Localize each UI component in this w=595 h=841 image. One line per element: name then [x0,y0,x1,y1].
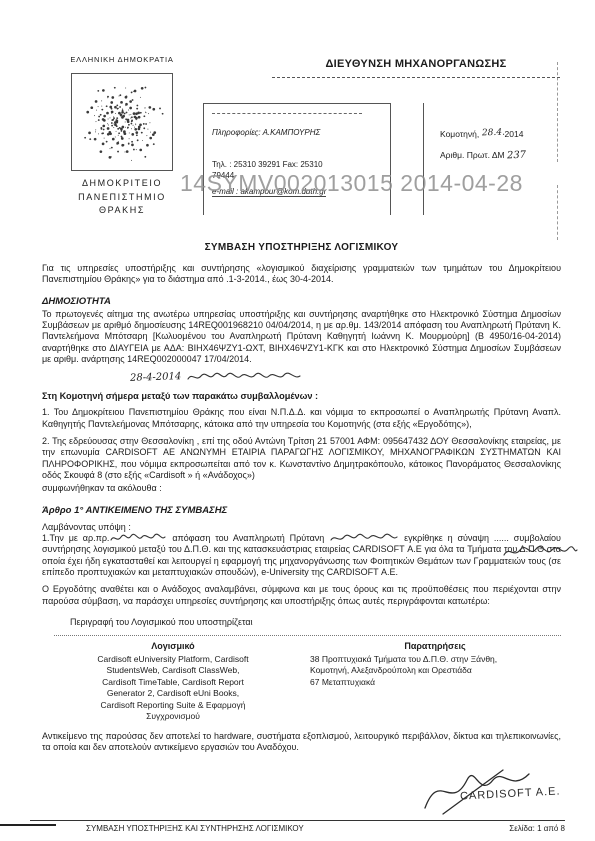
document-header: ΕΛΛΗΝΙΚΗ ΔΗΜΟΚΡΑΤΙΑ ΔΗΜΟΚΡΙΤΕΙΟ ΠΑΝΕΠΙΣΤ… [0,0,595,232]
divider-dashed [212,113,362,114]
publicity-paragraph: Το πρωτογενές αίτημα της ανωτέρω υπηρεσί… [42,309,561,366]
divider-vertical [423,103,424,215]
democritus-emblem-icon [72,74,172,170]
issue-year: 2014 [505,129,524,139]
hellenic-republic-label: ΕΛΛΗΝΙΚΗ ΔΗΜΟΚΡΑΤΙΑ [52,55,192,64]
handwritten-margin-scribble [501,544,579,560]
issue-date-block: Κομοτηνή, 28.4.2014 Αριθμ. Πρωτ. ΔΜ 237 [440,126,526,166]
university-emblem [71,73,173,171]
considering-line: Λαμβάνοντας υπόψη : [42,522,561,533]
article1-p1a: 1.Την με αρ.πρ. [42,533,109,543]
footer-document-title: ΣΥΜΒΑΣΗ ΥΠΟΣΤΗΡΙΞΗΣ ΚΑΙ ΣΥΝΤΗΡΗΣΗΣ ΛΟΓΙΣ… [86,824,304,833]
footer-page-number: Σελίδα: 1 από 8 [509,824,565,833]
signature-scribble [415,766,535,816]
contact-box: Πληροφορίες: Α.ΚΑΜΠΟΥΡΗΣ Τηλ. : 25310 39… [203,103,391,215]
divider-dashed [272,77,560,78]
software-description-label: Περιγραφή του Λογισμικού που υποστηρίζετ… [70,617,561,627]
protocol-label: Αριθμ. Πρωτ. ΔΜ [440,150,505,160]
handwritten-scribble [184,371,304,383]
parties-heading: Στη Κομοτηνή σήμερα μεταξύ των παρακάτω … [42,391,561,401]
issue-city: Κομοτηνή, [440,129,479,139]
publicity-heading: ΔΗΜΟΣΙΟΤΗΤΑ [42,296,561,307]
university-emblem-dots [84,87,163,161]
party-item-2: 2. Της εδρεύουσας στην Θεσσαλονίκη , επί… [42,436,561,481]
software-column: Λογισμικό Cardisoft eUniversity Platform… [54,641,292,723]
handwritten-scribble [329,533,399,544]
handwritten-date: 28.4. [481,124,505,144]
party-item-1: 1. Του Δημοκρίτειου Πανεπιστημίου Θράκης… [42,407,561,430]
remarks-column-header: Παρατηρήσεις [310,641,560,651]
closing-paragraph: Αντικείμενο της παρούσας δεν αποτελεί το… [42,731,561,754]
university-name-line3: ΘΡΑΚΗΣ [52,204,192,218]
scanned-contract-page: 14SYMV002013015 2014-04-28 ΕΛΛΗΝΙΚΗ ΔΗΜΟ… [0,0,595,841]
university-name-line1: ΔΗΜΟΚΡΙΤΕΙΟ [52,177,192,191]
software-column-body: Cardisoft eUniversity Platform, Cardisof… [54,654,292,723]
software-column-header: Λογισμικό [54,641,292,651]
handwritten-annotation: 28-4-2014 [130,371,561,383]
department-title: ΔΙΕΥΘΥΝΣΗ ΜΗΧΑΝΟΡΓΑΝΩΣΗΣ [272,58,560,70]
article1-paragraph-1: 1.Την με αρ.πρ. απόφαση του Αναπληρωτή Π… [42,533,561,578]
issuer-block: ΕΛΛΗΝΙΚΗ ΔΗΜΟΚΡΑΤΙΑ ΔΗΜΟΚΡΙΤΕΙΟ ΠΑΝΕΠΙΣΤ… [52,55,192,218]
handwritten-note-date: 28-4-2014 [130,371,182,384]
article1-paragraph-2: Ο Εργοδότης αναθέτει και ο Ανάδοχος αναλ… [42,584,561,607]
intro-paragraph: Για τις υπηρεσίες υποστήριξης και συντήρ… [42,263,561,286]
department-block: ΔΙΕΥΘΥΝΣΗ ΜΗΧΑΝΟΡΓΑΝΩΣΗΣ [272,58,560,78]
issue-city-date: Κομοτηνή, 28.4.2014 [440,126,526,145]
contact-person: Πληροφορίες: Α.ΚΑΜΠΟΥΡΗΣ [212,128,382,137]
document-body: ΣΥΜΒΑΣΗ ΥΠΟΣΤΗΡΙΞΗΣ ΛΟΓΙΣΜΙΚΟΥ Για τις υ… [0,242,595,753]
contract-title: ΣΥΜΒΑΣΗ ΥΠΟΣΤΗΡΙΞΗΣ ΛΟΓΙΣΜΙΚΟΥ [42,242,561,253]
software-table: Λογισμικό Cardisoft eUniversity Platform… [54,635,561,723]
handwritten-protocol-number: 237 [507,145,527,167]
agreed-line: συμφωνήθηκαν τα ακόλουθα : [42,483,561,494]
university-name-line2: ΠΑΝΕΠΙΣΤΗΜΙΟ [52,191,192,205]
article1-p1b: απόφαση του Αναπληρωτή Πρύτανη [172,533,324,543]
protocol-line: Αριθμ. Πρωτ. ΔΜ 237 [440,145,526,166]
handwritten-scribble [109,533,167,544]
page-footer: ΣΥΜΒΑΣΗ ΥΠΟΣΤΗΡΙΞΗΣ ΚΑΙ ΣΥΝΤΗΡΗΣΗΣ ΛΟΓΙΣ… [30,820,565,833]
remarks-column: Παρατηρήσεις 38 Προπτυχιακά Τμήματα του … [310,641,560,723]
registry-watermark: 14SYMV002013015 2014-04-28 [180,170,523,197]
remarks-column-body: 38 Προπτυχιακά Τμήματα του Δ.Π.Θ. στην Ξ… [310,654,560,688]
article1-heading: Άρθρο 1° ΑΝΤΙΚΕΙΜΕΝΟ ΤΗΣ ΣΥΜΒΑΣΗΣ [42,505,561,516]
